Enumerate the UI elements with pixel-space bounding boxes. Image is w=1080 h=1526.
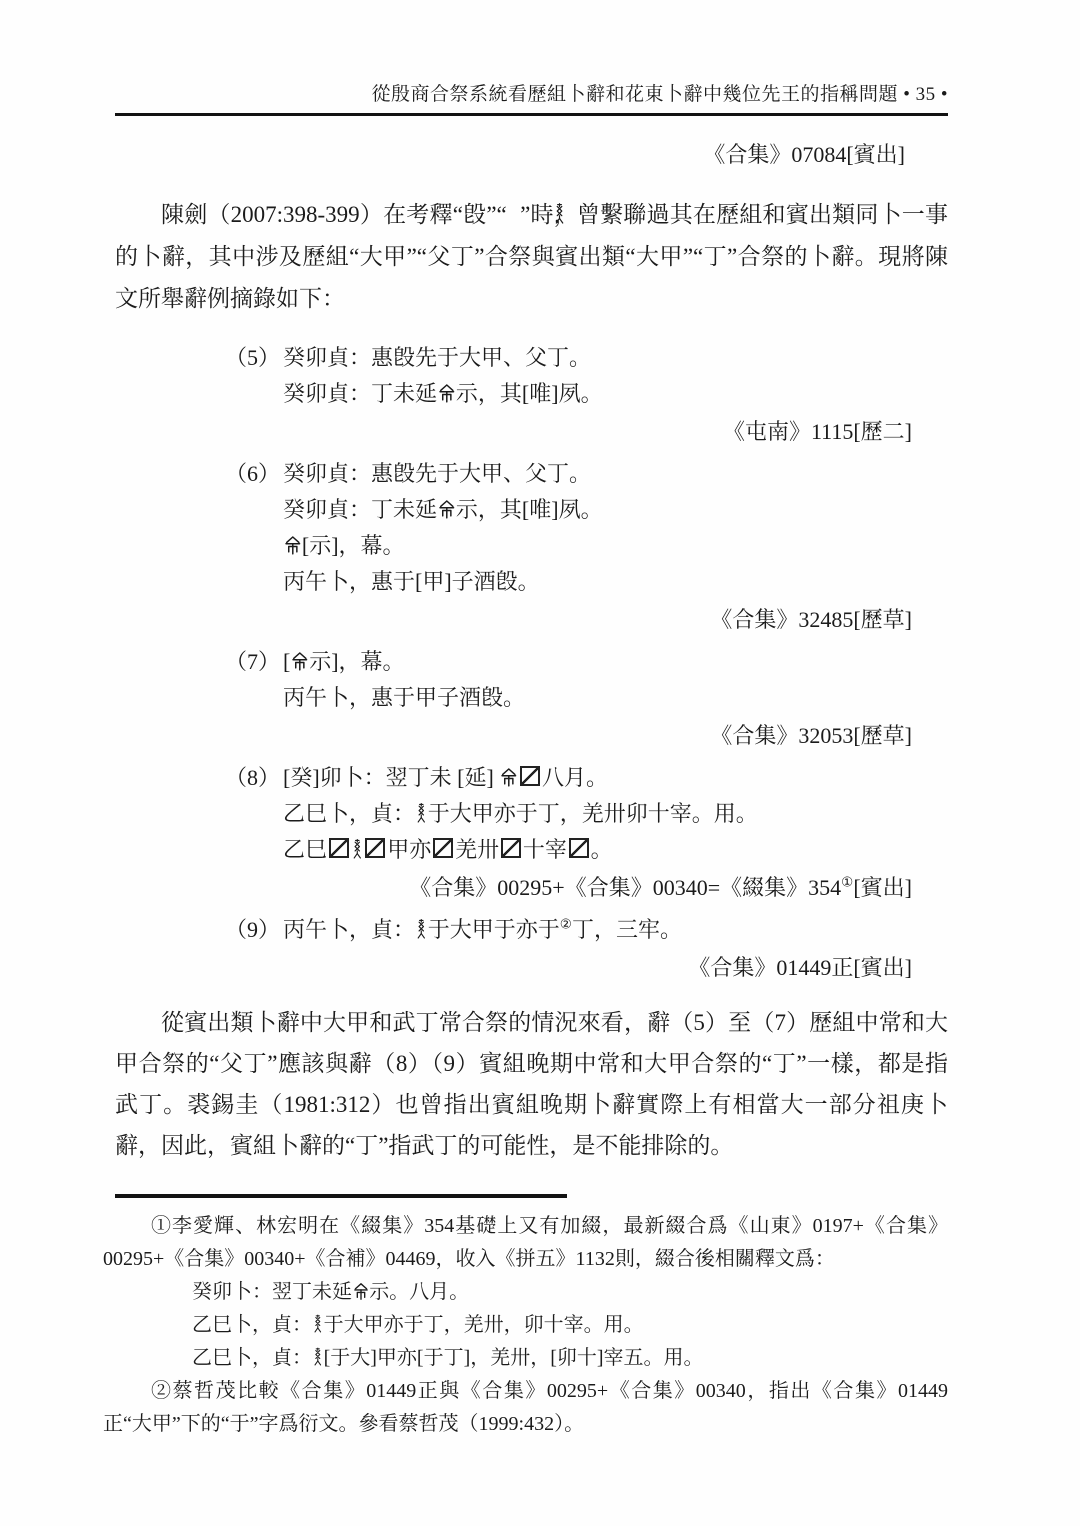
ren-over-za-glyph-icon <box>438 378 456 398</box>
oracle-line-text: 癸卯貞：惠𣪘先于大甲、父丁。 <box>283 345 591 370</box>
oracle-braid-glyph-icon <box>313 1311 323 1336</box>
ren-over-za-glyph-icon <box>438 494 456 514</box>
footnote-transcript-line: 乙巳卜，貞：于大甲亦于丁，羌卅，卯十宰。用。 <box>103 1309 948 1342</box>
entry-number: （5） <box>225 340 283 376</box>
damaged-char-box <box>329 838 349 858</box>
footnote-ref-superscript: ① <box>841 875 853 890</box>
oracle-line-text: [示]，幕。 <box>283 649 405 674</box>
oracle-line-text: 癸卯貞：惠𣪘先于大甲、父丁。 <box>283 461 591 486</box>
source-citation: 《合集》00295+《合集》00340=《綴集》354①[賓出] <box>115 870 948 906</box>
entry-item-5: （5）癸卯貞：惠𣪘先于大甲、父丁。 癸卯貞：丁未延示，其[唯]夙。 《屯南》11… <box>115 340 948 450</box>
entry-number: （9） <box>225 912 283 948</box>
oracle-line-text: 丙午卜，貞：于大甲于亦于②丁，三牢。 <box>283 917 682 942</box>
ren-over-za-glyph-icon <box>284 530 302 550</box>
oracle-line: [示]，幕。 <box>115 528 948 564</box>
oracle-braid-glyph-icon <box>313 1344 323 1369</box>
entry-item-6: （6）癸卯貞：惠𣪘先于大甲、父丁。 癸卯貞：丁未延示，其[唯]夙。 [示]，幕。… <box>115 456 948 638</box>
oracle-line: （6）癸卯貞：惠𣪘先于大甲、父丁。 <box>115 456 948 492</box>
paragraph-intro: 陳劍（2007:398-399）在考釋“𣪘”“”時，曾繫聯過其在歷組和賓出類同卜… <box>115 194 948 320</box>
header-rule <box>115 113 948 116</box>
oracle-line: 乙巳卜，貞：于大甲亦于丁，羌卅卯十宰。用。 <box>115 796 948 832</box>
footnote-2: ②蔡哲茂比較《合集》01449正與《合集》00295+《合集》00340，指出《… <box>103 1375 948 1441</box>
oracle-braid-glyph-icon <box>416 799 427 827</box>
oracle-braid-glyph-icon <box>508 199 519 228</box>
entry-number: （6） <box>225 456 283 492</box>
oracle-line: （9）丙午卜，貞：于大甲于亦于②丁，三牢。 <box>115 912 948 948</box>
footnotes: ①李愛輝、林宏明在《綴集》354基礎上又有加綴，最新綴合爲《山東》0197+《合… <box>103 1210 948 1441</box>
oracle-line-text: [癸]卯卜：翌丁未 [延] 八月。 <box>283 765 608 790</box>
running-head-title: 從殷商合祭系統看歷組卜辭和花東卜辭中幾位先王的指稱問題 • 35 • <box>115 82 948 108</box>
footnote-transcript-line: 乙巳卜，貞：[于大]甲亦[于丁]，羌卅，[卯十]宰五。用。 <box>103 1342 948 1375</box>
footnote-1: ①李愛輝、林宏明在《綴集》354基礎上又有加綴，最新綴合爲《山東》0197+《合… <box>103 1210 948 1276</box>
page: 從殷商合祭系統看歷組卜辭和花東卜辭中幾位先王的指稱問題 • 35 • 《合集》0… <box>0 0 1080 1526</box>
source-citation: 《合集》32485[歷草] <box>115 602 948 638</box>
ren-over-za-glyph-icon <box>291 646 309 666</box>
damaged-char-box <box>365 838 385 858</box>
oracle-line: 乙巳甲亦羌卅十宰。 <box>115 832 948 868</box>
damaged-char-box <box>501 838 521 858</box>
oracle-line: （5）癸卯貞：惠𣪘先于大甲、父丁。 <box>115 340 948 376</box>
oracle-line: 癸卯貞：丁未延示，其[唯]夙。 <box>115 376 948 412</box>
oracle-line: 癸卯貞：丁未延示，其[唯]夙。 <box>115 492 948 528</box>
oracle-entry-list: （5）癸卯貞：惠𣪘先于大甲、父丁。 癸卯貞：丁未延示，其[唯]夙。 《屯南》11… <box>115 340 948 986</box>
oracle-line: （7）[示]，幕。 <box>115 644 948 680</box>
damaged-char-box <box>569 838 589 858</box>
oracle-line: （8）[癸]卯卜：翌丁未 [延] 八月。 <box>115 760 948 796</box>
source-citation: 《屯南》1115[歷二] <box>115 414 948 450</box>
source-citation: 《合集》32053[歷草] <box>115 718 948 754</box>
footnote-transcript-line: 癸卯卜：翌丁未延示。八月。 <box>103 1276 948 1309</box>
entry-item-9: （9）丙午卜，貞：于大甲于亦于②丁，三牢。 《合集》01449正[賓出] <box>115 912 948 986</box>
ren-over-za-glyph-icon <box>353 1278 369 1296</box>
damaged-char-box <box>433 838 453 858</box>
footnote-ref-superscript: ② <box>560 917 572 932</box>
damaged-char-box <box>520 766 540 786</box>
entry-number: （8） <box>225 760 283 796</box>
entry-item-7: （7）[示]，幕。 丙午卜，惠于甲子酒𣪘。 《合集》32053[歷草] <box>115 644 948 754</box>
paragraph-conclusion: 從賓出類卜辭中大甲和武丁常合祭的情況來看，辭（5）至（7）歷組中常和大甲合祭的“… <box>115 1002 948 1166</box>
oracle-line: 丙午卜，惠于甲子酒𣪘。 <box>115 680 948 716</box>
footnote-separator-rule <box>115 1194 567 1198</box>
source-citation: 《合集》01449正[賓出] <box>115 950 948 986</box>
entry-number: （7） <box>225 644 283 680</box>
oracle-braid-glyph-icon <box>352 835 363 863</box>
oracle-line: 丙午卜，惠于[甲]子酒𣪘。 <box>115 564 948 600</box>
oracle-braid-glyph-icon <box>416 915 427 943</box>
entry-item-8: （8）[癸]卯卜：翌丁未 [延] 八月。 乙巳卜，貞：于大甲亦于丁，羌卅卯十宰。… <box>115 760 948 906</box>
document-citation: 《合集》07084[賓出] <box>115 138 948 172</box>
ren-over-za-glyph-icon <box>500 762 518 782</box>
